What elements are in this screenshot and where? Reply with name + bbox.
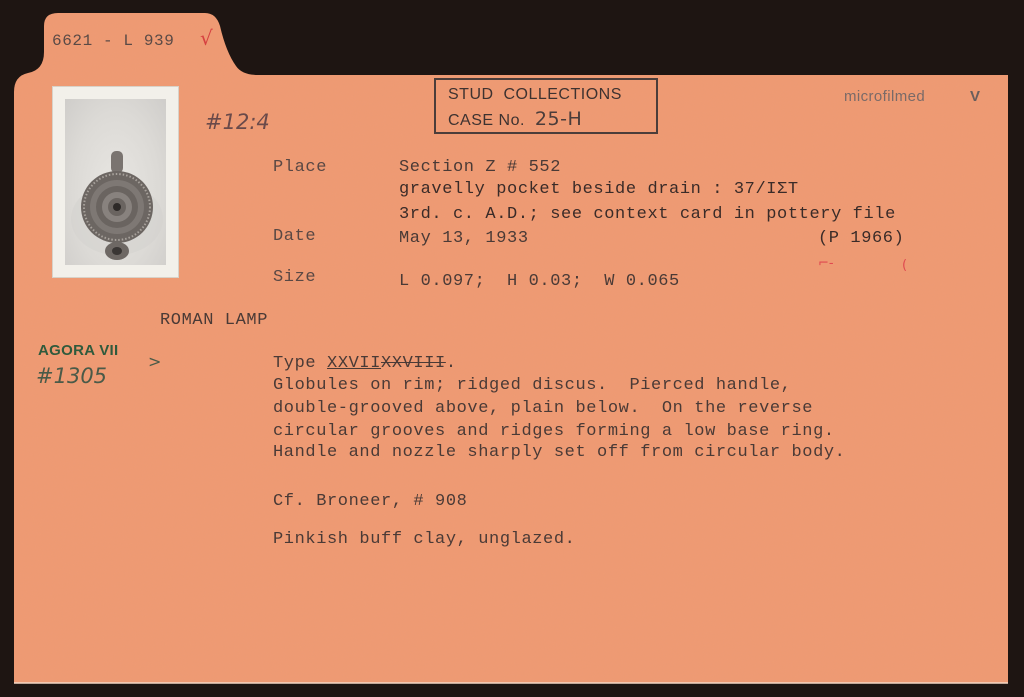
stamp-case-label: CASE No.: [448, 112, 525, 129]
type-line: Type XXVIIXXVIII.: [273, 353, 457, 375]
type-prefix: Type: [273, 354, 327, 373]
material-line: Pinkish buff clay, unglazed.: [273, 529, 575, 551]
object-title: ROMAN LAMP: [160, 310, 268, 332]
date-label: Date: [273, 226, 316, 248]
pottery-reference: (P 1966): [818, 228, 904, 250]
type-struck: XXVIII: [381, 354, 446, 373]
size-label: Size: [273, 267, 316, 289]
place-line-1: Section Z # 552: [399, 157, 561, 179]
place-line-3: 3rd. c. A.D.; see context card in potter…: [399, 204, 896, 226]
agora-mark: >: [148, 352, 161, 371]
size-value: L 0.097; H 0.03; W 0.065: [399, 271, 680, 293]
place-line-2: gravelly pocket beside drain : 37/ΙΣΤ: [399, 179, 799, 201]
place-label: Place: [273, 157, 327, 179]
lamp-photo: [52, 86, 179, 278]
red-pencil-mark: ⌐-: [818, 256, 834, 271]
photo-image: [65, 99, 166, 265]
red-check-mark: √: [200, 28, 213, 48]
date-value: May 13, 1933: [399, 228, 529, 250]
description-line-4: Handle and nozzle sharply set off from c…: [273, 442, 846, 464]
type-value: XXVII: [327, 354, 381, 373]
red-pencil-mark: (: [902, 258, 907, 273]
agora-volume-stamp: AGORA VII: [38, 342, 118, 359]
description-line-1: Globules on rim; ridged discus. Pierced …: [273, 375, 791, 397]
reference-line: Cf. Broneer, # 908: [273, 491, 467, 513]
catalog-number-handwritten: #12:4: [205, 110, 270, 134]
type-suffix: .: [446, 354, 457, 373]
description-line-3: circular grooves and ridges forming a lo…: [273, 421, 835, 443]
lamp-icon: [65, 99, 168, 267]
stamp-line-2: CASE No.25-H: [448, 108, 582, 130]
agora-catalog-number: #1305: [36, 364, 107, 388]
stamp-line-1: STUD COLLECTIONS: [448, 86, 622, 104]
stamp-case-number: 25-H: [535, 108, 582, 130]
microfilmed-check: V: [970, 88, 980, 105]
study-collections-stamp: STUD COLLECTIONS CASE No.25-H: [434, 78, 658, 134]
microfilmed-stamp: microfilmed: [844, 88, 925, 105]
description-line-2: double-grooved above, plain below. On th…: [273, 398, 813, 420]
tab-label: 6621 - L 939: [52, 30, 174, 52]
